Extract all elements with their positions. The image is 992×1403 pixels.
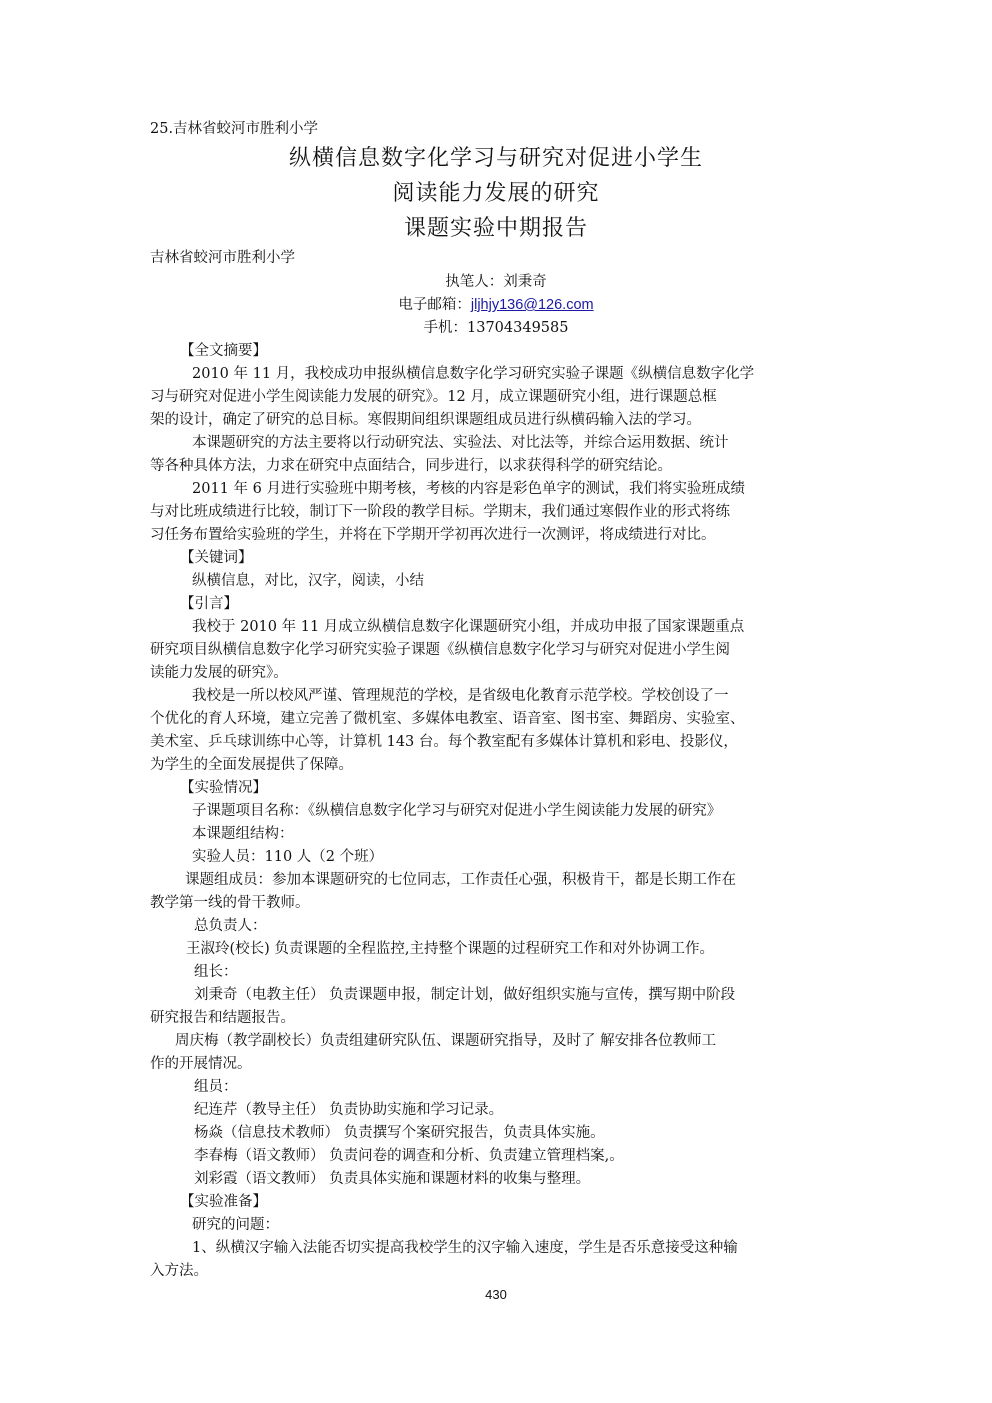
page-number: 430 <box>0 1287 992 1302</box>
intro-text: 个优化的育人环境，建立完善了微机室、多媒体电教室、语音室、图书室、舞蹈房、实验室… <box>150 709 745 729</box>
title-line-3: 课题实验中期报告 <box>0 214 992 244</box>
chief-text: 王淑玲(校长) 负责课题的全程监控,主持整个课题的过程研究工作和对外协调工作。 <box>186 939 714 959</box>
intro-text: 为学生的全面发展提供了保障。 <box>150 755 353 775</box>
abstract-text: 架的设计，确定了研究的总目标。寒假期间组织课题组成员进行纵横码输入法的学习。 <box>150 410 701 430</box>
intro-heading: 【引言】 <box>180 594 238 614</box>
abstract-text: 习任务布置给实验班的学生，并将在下学期开学初再次进行一次测评，将成绩进行对比。 <box>150 525 716 545</box>
leader-label: 组长： <box>194 962 238 982</box>
keywords-text: 纵横信息，对比，汉字，阅读，小结 <box>192 571 424 591</box>
phone-line: 手机：13704349585 <box>0 318 992 338</box>
experiment-project: 子课题项目名称：《纵横信息数字化学习与研究对促进小学生阅读能力发展的研究》 <box>192 801 721 821</box>
experiment-people: 实验人员：110 人（2 个班） <box>192 847 383 867</box>
experiment-members: 教学第一线的骨干教师。 <box>150 893 310 913</box>
experiment-members: 课题组成员：参加本课题研究的七位同志，工作责任心强，积极肯干，都是长期工作在 <box>185 870 736 890</box>
keywords-heading: 【关键词】 <box>180 548 253 568</box>
intro-text: 我校于 2010 年 11 月成立纵横信息数字化课题研究小组，并成功申报了国家课… <box>192 617 744 637</box>
intro-text: 美术室、乒乓球训练中心等，计算机 143 台。每个教室配有多媒体计算机和彩电、投… <box>150 732 738 752</box>
title-line-1: 纵横信息数字化学习与研究对促进小学生 <box>0 144 992 174</box>
preparation-question-label: 研究的问题： <box>192 1215 279 1235</box>
email-line: 电子邮箱：jljhjy136@126.com <box>0 295 992 315</box>
abstract-text: 与对比班成绩进行比较，制订下一阶段的教学目标。学期末，我们通过寒假作业的形式将练 <box>150 502 730 522</box>
preparation-question: 1、纵横汉字输入法能否切实提高我校学生的汉字输入速度，学生是否乐意接受这种输 <box>192 1238 738 1258</box>
author-line: 执笔人：刘秉奇 <box>0 272 992 292</box>
preparation-heading: 【实验准备】 <box>180 1192 267 1212</box>
chief-label: 总负责人： <box>194 916 267 936</box>
abstract-text: 本课题研究的方法主要将以行动研究法、实验法、对比法等，并综合运用数据、统计 <box>192 433 729 453</box>
experiment-heading: 【实验情况】 <box>180 778 267 798</box>
member-item: 李春梅（语文教师） 负责问卷的调查和分析、负责建立管理档案,。 <box>194 1146 624 1166</box>
leader-text: 刘秉奇（电教主任） 负责课题申报，制定计划，做好组织实施与宣传，撰写期中阶段 <box>194 985 735 1005</box>
email-label: 电子邮箱： <box>398 297 471 313</box>
abstract-heading: 【全文摘要】 <box>180 341 267 361</box>
preparation-question: 入方法。 <box>150 1261 208 1281</box>
school-name: 吉林省蛟河市胜利小学 <box>150 248 295 268</box>
document-page: 25.吉林省蛟河市胜利小学 纵横信息数字化学习与研究对促进小学生 阅读能力发展的… <box>0 0 992 1403</box>
header-label: 25.吉林省蛟河市胜利小学 <box>150 119 318 139</box>
intro-text: 我校是一所以校风严谨、管理规范的学校，是省级电化教育示范学校。学校创设了一 <box>192 686 729 706</box>
leader-text: 作的开展情况。 <box>150 1054 252 1074</box>
members-label: 组员： <box>194 1077 238 1097</box>
member-item: 纪连芹（教导主任） 负责协助实施和学习记录。 <box>194 1100 503 1120</box>
title-line-2: 阅读能力发展的研究 <box>0 179 992 209</box>
abstract-text: 习与研究对促进小学生阅读能力发展的研究》。12 月，成立课题研究小组，进行课题总… <box>150 387 717 407</box>
email-link[interactable]: jljhjy136@126.com <box>471 297 594 313</box>
abstract-text: 2010 年 11 月，我校成功申报纵横信息数字化学习研究实验子课题《纵横信息数… <box>192 364 754 384</box>
member-item: 刘彩霞（语文教师） 负责具体实施和课题材料的收集与整理。 <box>194 1169 590 1189</box>
abstract-text: 2011 年 6 月进行实验班中期考核，考核的内容是彩色单字的测试，我们将实验班… <box>192 479 745 499</box>
leader-text: 研究报告和结题报告。 <box>150 1008 295 1028</box>
member-item: 杨焱（信息技术教师） 负责撰写个案研究报告，负责具体实施。 <box>194 1123 605 1143</box>
leader-text: 周庆梅（教学副校长）负责组建研究队伍、课题研究指导，及时了 解安排各位教师工 <box>175 1031 716 1051</box>
experiment-structure: 本课题组结构： <box>192 824 294 844</box>
intro-text: 读能力发展的研究》。 <box>150 663 288 683</box>
intro-text: 研究项目纵横信息数字化学习研究实验子课题《纵横信息数字化学习与研究对促进小学生阅 <box>150 640 730 660</box>
abstract-text: 等各种具体方法，力求在研究中点面结合，同步进行，以求获得科学的研究结论。 <box>150 456 672 476</box>
